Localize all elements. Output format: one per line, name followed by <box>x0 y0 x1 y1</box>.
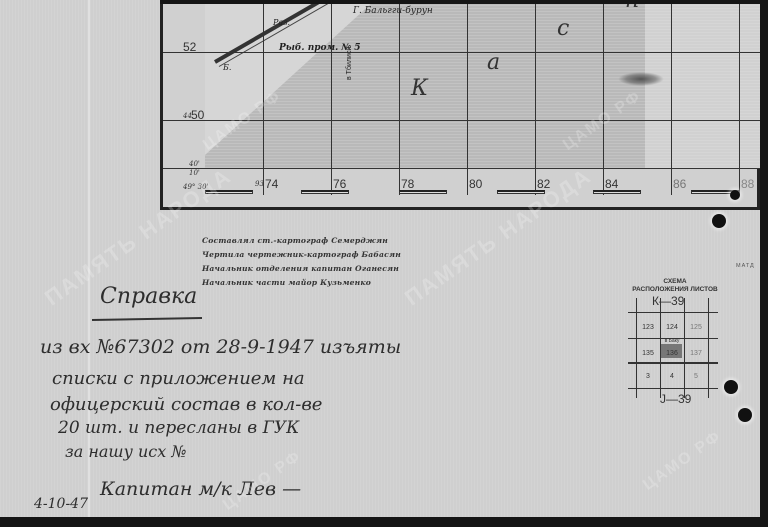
scan-edge-top <box>160 0 768 4</box>
scale-bar-segment <box>593 190 641 194</box>
cape-label: Г. Бальгги-бурун <box>353 6 433 16</box>
schema-cell: 135 <box>636 350 660 357</box>
schema-grid-v <box>708 298 709 398</box>
schema-cell: 3 <box>636 373 660 380</box>
credit-drafter: Чертила чертежник-картограф Бабасян <box>202 248 401 262</box>
grid-line-78 <box>399 0 400 195</box>
schema-title-line2: РАСПОЛОЖЕНИЯ ЛИСТОВ <box>620 286 730 293</box>
grid-line-88 <box>739 0 740 195</box>
scale-bar-segment <box>399 190 447 194</box>
archive-document-sheet: Г. Бальгги-бурун Раз. Рыб. пром. № 5 Б. … <box>0 0 760 517</box>
map-credits: Составлял ст.-картограф Семерджян Чертил… <box>202 234 401 290</box>
grid-line-86 <box>671 0 672 195</box>
credit-compiler: Составлял ст.-картограф Семерджян <box>202 234 401 248</box>
sea-letter-a: а <box>487 50 500 75</box>
sea-letter-k: К <box>411 76 428 101</box>
scan-edge-right <box>760 0 768 527</box>
credit-unit-head: Начальник части майор Кузьменко <box>202 276 401 290</box>
lat-tick-52: 52 <box>183 40 196 54</box>
schema-top-sheet: К—39 <box>652 294 684 308</box>
credit-dept-head: Начальник отделения капитан Оганесян <box>202 262 401 276</box>
handwritten-date: 4-10-47 <box>34 496 88 512</box>
lat-minutes-10: 10' <box>189 169 200 177</box>
letter-b-label: Б. <box>223 63 231 72</box>
bottom-tick-80: 80 <box>469 177 482 191</box>
binding-hole <box>730 190 740 200</box>
schema-title-line1: СХЕМА <box>620 278 730 285</box>
ink-smudge <box>618 72 664 86</box>
bottom-tick-86: 86 <box>673 177 686 191</box>
handwritten-line-4: 20 шт. и пересланы в ГУК <box>58 418 299 438</box>
schema-cell: 137 <box>684 350 708 357</box>
margin-mark: МАТД <box>736 263 755 269</box>
schema-cell: 125 <box>684 324 708 331</box>
schema-grid-h <box>628 312 718 313</box>
bottom-tick-74: 74 <box>265 177 278 191</box>
schema-grid-h <box>628 362 718 364</box>
title-underline <box>92 317 202 321</box>
handwritten-line-2: списки с приложением на <box>52 368 305 389</box>
sea-letter-s: с <box>557 16 569 41</box>
handwritten-title: Справка <box>100 284 197 309</box>
schema-cell: 123 <box>636 324 660 331</box>
lat-tick-50: 50 <box>191 108 204 122</box>
scan-edge-bottom <box>0 517 768 527</box>
schema-cell-note: в Баку <box>660 338 684 344</box>
grid-line-82 <box>535 0 536 195</box>
schema-grid-h <box>628 388 718 389</box>
scale-bar-segment <box>301 190 349 194</box>
grid-line-52 <box>163 52 761 53</box>
binding-hole <box>712 214 726 228</box>
handwritten-line-5: за нашу исх № <box>65 442 186 461</box>
grid-line-76 <box>331 0 332 195</box>
schema-cell: 124 <box>660 324 684 331</box>
handwritten-line-3: офицерский состав в кол-ве <box>50 394 322 415</box>
schema-grid-v <box>684 298 685 398</box>
sheet-layout-schema: СХЕМА РАСПОЛОЖЕНИЯ ЛИСТОВ К—39 123 124 1… <box>620 276 730 406</box>
bottom-tick-84: 84 <box>605 177 618 191</box>
bottom-tick-prefix: 93 <box>255 180 264 188</box>
station-label: Раз. <box>273 18 290 27</box>
bottom-tick-78: 78 <box>401 177 414 191</box>
watermark-tsamo: ЦАМО РФ <box>640 427 725 494</box>
handwritten-line-1: из вх №67302 от 28-9-1947 изъяты <box>40 336 401 358</box>
city-vertical-label: в Тбилиси <box>346 47 353 80</box>
bottom-tick-88: 88 <box>741 177 754 191</box>
binding-hole <box>724 380 738 394</box>
schema-cell: 136 <box>660 350 684 357</box>
bottom-tick-76: 76 <box>333 177 346 191</box>
schema-grid-v <box>660 298 661 398</box>
grid-line-84 <box>603 0 604 195</box>
map-inner-border <box>163 168 761 169</box>
schema-cell: 4 <box>660 373 684 380</box>
binding-hole <box>738 408 752 422</box>
schema-grid-v <box>636 298 637 398</box>
lat-minutes-40: 40' <box>189 160 200 168</box>
grid-line-80 <box>467 0 468 195</box>
schema-cell: 5 <box>684 373 708 380</box>
schema-bottom-sheet: J—39 <box>660 392 691 406</box>
